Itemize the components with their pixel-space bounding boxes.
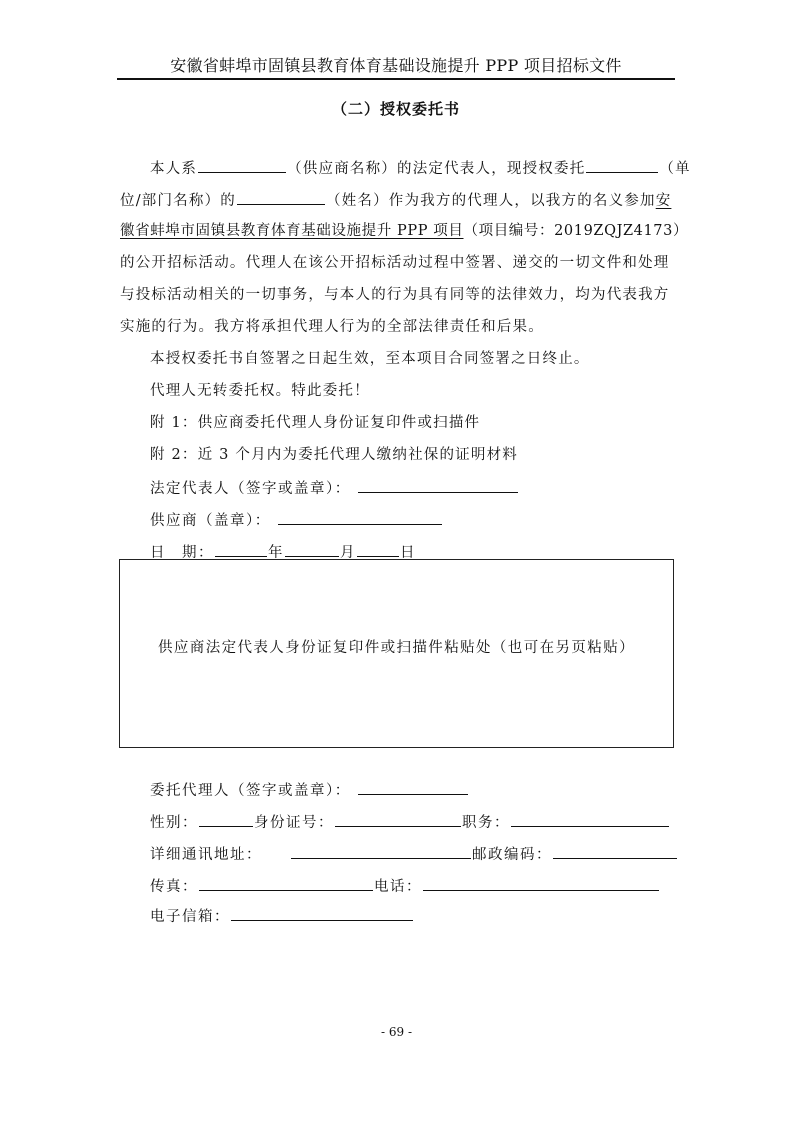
email-label: 电子信箱： [150,909,230,925]
position-label: 职务： [462,815,510,831]
postcode-label: 邮政编码： [472,847,552,863]
text: （姓名）作为我方的代理人，以我方的名义参加 [326,193,656,209]
month-field[interactable] [285,541,339,557]
agent-name-blank[interactable] [237,189,325,205]
gender-field[interactable] [199,811,253,827]
paragraph-line-5: 与投标活动相关的一切事务，与本人的行为具有同等的法律效力，均为代表我方 [120,285,675,305]
section-title: （二）授权委托书 [117,99,675,119]
legal-rep-signature-row: 法定代表人（签字或盖章）： [150,477,519,499]
no-transfer-clause: 代理人无转委托权。特此委托！ [150,381,705,401]
fax-label: 传真： [150,879,198,895]
paragraph-line-1: 本人系（供应商名称）的法定代表人，现授权委托（单 [150,157,705,179]
paragraph-line-4: 的公开招标活动。代理人在该公开招标活动过程中签署、递交的一切文件和处理 [120,253,675,273]
gender-label: 性别： [150,815,198,831]
year-field[interactable] [215,541,267,557]
phone-label: 电话： [374,879,422,895]
document-header-title: 安徽省蚌埠市固镇县教育体育基础设施提升 PPP 项目招标文件 [117,56,675,76]
paragraph-line-6: 实施的行为。我方将承担代理人行为的全部法律责任和后果。 [120,317,675,337]
attachment-2: 附 2：近 3 个月内为委托代理人缴纳社保的证明材料 [150,445,705,465]
agent-details-row: 性别：身份证号：职务： [150,811,670,833]
agent-signature-row: 委托代理人（签字或盖章）： [150,779,469,801]
address-row: 详细通讯地址：邮政编码： [150,843,678,865]
project-name-underlined: 徽省蚌埠市固镇县教育体育基础设施提升 PPP 项目 [120,223,464,239]
validity-clause: 本授权委托书自签署之日起生效，至本项目合同签署之日终止。 [150,349,705,369]
paragraph-line-3: 徽省蚌埠市固镇县教育体育基础设施提升 PPP 项目（项目编号：2019ZQJZ4… [120,221,675,241]
position-field[interactable] [511,811,669,827]
supplier-seal-label: 供应商（盖章）： [150,513,271,529]
project-number: （项目编号：2019ZQJZ4173） [464,223,689,239]
text: （供应商名称）的法定代表人，现授权委托 [287,161,585,177]
supplier-seal-field[interactable] [278,509,442,525]
project-name-underlined: 安 [656,193,672,209]
paste-box-label: 供应商法定代表人身份证复印件或扫描件粘贴处（也可在另页粘贴） [120,638,673,658]
paragraph-line-2: 位/部门名称）的（姓名）作为我方的代理人，以我方的名义参加安 [120,189,675,211]
postcode-field[interactable] [553,843,677,859]
legal-rep-signature-field[interactable] [358,477,518,493]
legal-rep-label: 法定代表人（签字或盖章）： [150,481,351,497]
address-label: 详细通讯地址： [150,847,262,863]
agent-signature-label: 委托代理人（签字或盖章）： [150,783,351,799]
email-field[interactable] [231,905,413,921]
supplier-seal-row: 供应商（盖章）： [150,509,443,531]
document-page: 安徽省蚌埠市固镇县教育体育基础设施提升 PPP 项目招标文件 （二）授权委托书 … [0,0,793,1122]
header-divider [117,78,675,80]
contact-row: 传真：电话： [150,875,660,897]
id-number-label: 身份证号： [254,815,334,831]
agent-signature-field[interactable] [358,779,468,795]
id-number-field[interactable] [335,811,461,827]
page-number: - 69 - [0,1024,793,1040]
email-row: 电子信箱： [150,905,414,927]
phone-field[interactable] [423,875,659,891]
unit-name-blank[interactable] [586,157,658,173]
day-field[interactable] [357,541,399,557]
supplier-name-blank[interactable] [198,157,286,173]
text: （单 [659,161,690,177]
text: 位/部门名称）的 [120,193,236,209]
address-field[interactable] [291,843,471,859]
attachment-1: 附 1：供应商委托代理人身份证复印件或扫描件 [150,413,705,433]
id-copy-paste-box: 供应商法定代表人身份证复印件或扫描件粘贴处（也可在另页粘贴） [119,559,674,748]
fax-field[interactable] [199,875,373,891]
text: 本人系 [150,161,197,177]
